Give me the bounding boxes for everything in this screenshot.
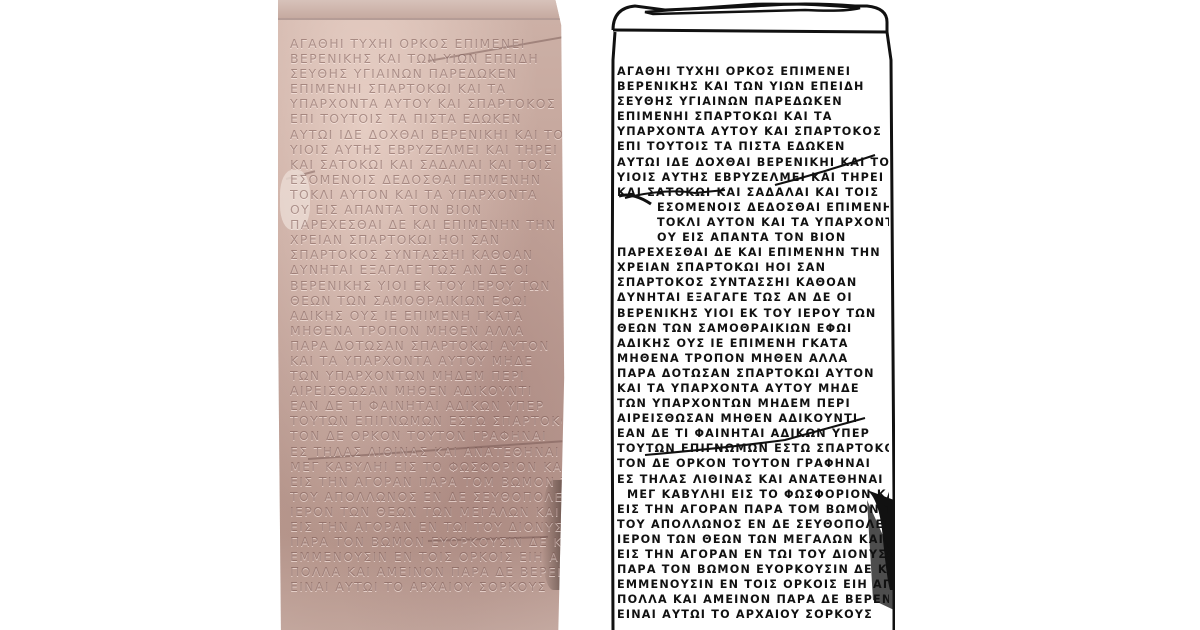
inscription-line: ΔΥΝΗΤΑΙ ΕΞΑΓΑΓΕ ΤΩΣ ΑΝ ΔΕ ΟΙ [617,290,889,305]
inscription-line: ΙΕΡΟΝ ΤΩΝ ΘΕΩΝ ΤΩΝ ΜΕΓΑΛΩΝ ΚΑΙ [617,532,889,547]
inscription-line: ΤΟΥ ΑΠΟΛΛΩΝΟΣ ΕΝ ΔΕ ΣΕΥΘΟΠΟΛΕΙ ΕΙΣ ΤΟ [617,517,889,532]
inscription-line: ΑΥΤΩΙ ΙΔΕ ΔΟΧΘΑΙ ΒΕΡΕΝΙΚΗΙ ΚΑΙ ΤΟΙΣ [290,127,562,142]
inscription-line: ΑΙΡΕΙΣΘΩΣΑΝ ΜΗΘΕΝ ΑΔΙΚΟΥΝΤΙ [290,383,562,398]
inscription-line: ΥΠΑΡΧΟΝΤΑ ΑΥΤΟΥ ΚΑΙ ΣΠΑΡΤΟΚΟΣ [617,124,889,139]
inscription-line: ΕΠΙΜΕΝΗΙ ΣΠΑΡΤΟΚΩΙ ΚΑΙ ΤΑ [290,81,562,96]
inscription-line: ΕΣ ΤΗΛΑΣ ΛΙΘΙΝΑΣ ΚΑΙ ΑΝΑΤΕΘΗΝΑΙ [290,444,562,459]
inscription-line: ΠΑΡΕΧΕΣΘΑΙ ΔΕ ΚΑΙ ΕΠΙΜΕΝΗΝ ΤΗΝ [290,217,562,232]
inscription-line: ΤΟΚΛΙ ΑΥΤΟΝ ΚΑΙ ΤΑ ΥΠΑΡΧΟΝΤΑ [290,187,562,202]
inscription-line: ΠΟΛΛΑ ΚΑΙ ΑΜΕΙΝΟΝ ΠΑΡΑ ΔΕ ΒΕΡΕΝΙΚΗΣ [617,592,889,607]
inscription-line: ΕΠΙ ΤΟΥΤΟΙΣ ΤΑ ΠΙΣΤΑ ΕΔΩΚΕΝ [290,111,562,126]
inscription-line: ΕΙΣ ΤΗΝ ΑΓΟΡΑΝ ΠΑΡΑ ΤΟΜ ΒΩΜΟΝ ΤΟΝ [290,474,562,489]
inscription-line: ΘΕΩΝ ΤΩΝ ΣΑΜΟΘΡΑΙΚΙΩΝ ΕΦΩΙ [617,321,889,336]
inscription-line: ΠΑΡΑ ΤΟΝ ΒΩΜΟΝ ΕΥΟΡΚΟΥΣΙΝ ΔΕ ΚΑΙ [617,562,889,577]
inscription-line: ΠΑΡΑ ΤΟΝ ΒΩΜΟΝ ΕΥΟΡΚΟΥΣΙΝ ΔΕ ΚΑΙ [290,534,562,549]
inscription-line: ΕΣΟΜΕΝΟΙΣ ΔΕΔΟΣΘΑΙ ΕΠΙΜΕΝΗΝ [617,200,889,215]
inscription-line: ΑΓΑΘΗΙ ΤΥΧΗΙ ΟΡΚΟΣ ΕΠΙΜΕΝΕΙ [290,36,562,51]
drawing-inscription: ΑΓΑΘΗΙ ΤΥΧΗΙ ΟΡΚΟΣ ΕΠΙΜΕΝΕΙ ΒΕΡΕΝΙΚΗΣ ΚΑ… [617,64,889,622]
inscription-line: ΕΜΜΕΝΟΥΣΙΝ ΕΝ ΤΟΙΣ ΟΡΚΟΙΣ ΕΙΗ ΑΓΑ [290,549,562,564]
inscription-line: ΣΕΥΘΗΣ ΥΓΙΑΙΝΩΝ ΠΑΡΕΔΩΚΕΝ [290,66,562,81]
inscription-line: ΣΠΑΡΤΟΚΟΣ ΣΥΝΤΑΣΣΗΙ ΚΑΘΟΑΝ [290,247,562,262]
inscription-line: ΒΕΡΕΝΙΚΗΣ ΥΙΟΙ ΕΚ ΤΟΥ ΙΕΡΟΥ ΤΩΝ [617,306,889,321]
inscription-line: ΠΟΛΛΑ ΚΑΙ ΑΜΕΙΝΟΝ ΠΑΡΑ ΔΕ ΒΕΡΕΝΙΚΗΣ [290,564,562,579]
inscription-line: ΕΠΙΜΕΝΗΙ ΣΠΑΡΤΟΚΩΙ ΚΑΙ ΤΑ [617,109,889,124]
inscription-line: ΠΑΡΑ ΔΟΤΩΣΑΝ ΣΠΑΡΤΟΚΩΙ ΑΥΤΟΝ [290,338,562,353]
inscription-line: ΥΠΑΡΧΟΝΤΑ ΑΥΤΟΥ ΚΑΙ ΣΠΑΡΤΟΚΟΣ [290,96,562,111]
inscription-line: ΚΑΙ ΣΑΤΟΚΩΙ ΚΑΙ ΣΑΔΑΛΑΙ ΚΑΙ ΤΟΙΣ [617,185,889,200]
inscription-line: ΥΙΟΙΣ ΑΥΤΗΣ ΕΒΡΥΖΕΛΜΕΙ ΚΑΙ ΤΗΡΕΙ [617,170,889,185]
inscription-line: ΑΔΙΚΗΣ ΟΥΣ ΙΕ ΕΠΙΜΕΝΗ ΓΚΑΤΑ [617,336,889,351]
inscription-line: ΚΑΙ ΤΑ ΥΠΑΡΧΟΝΤΑ ΑΥΤΟΥ ΜΗΔΕ [617,381,889,396]
inscription-line: ΤΟΚΛΙ ΑΥΤΟΝ ΚΑΙ ΤΑ ΥΠΑΡΧΟΝΤΑ [617,215,889,230]
inscription-line: ΣΕΥΘΗΣ ΥΓΙΑΙΝΩΝ ΠΑΡΕΔΩΚΕΝ [617,94,889,109]
inscription-line: ΤΟΥΤΩΝ ΕΠΙΓΝΩΜΩΝ ΕΣΤΩ ΣΠΑΡΤΟΚΟΣ [617,441,889,456]
inscription-line: ΕΜΜΕΝΟΥΣΙΝ ΕΝ ΤΟΙΣ ΟΡΚΟΙΣ ΕΙΗ ΑΓΑ [617,577,889,592]
inscription-line: ΕΠΙ ΤΟΥΤΟΙΣ ΤΑ ΠΙΣΤΑ ΕΔΩΚΕΝ [617,139,889,154]
stele-photograph: ΑΓΑΘΗΙ ΤΥΧΗΙ ΟΡΚΟΣ ΕΠΙΜΕΝΕΙ ΒΕΡΕΝΙΚΗΣ ΚΑ… [278,0,570,630]
inscription-line: ΧΡΕΙΑΝ ΣΠΑΡΤΟΚΩΙ ΗΟΙ ΣΑΝ [290,232,562,247]
inscription-line: ΕΙΣ ΤΗΝ ΑΓΟΡΑΝ ΕΝ ΤΩΙ ΤΟΥ ΔΙΟΝΥΣΟΥ [290,519,562,534]
inscription-line: ΜΕΓ ΚΑΒΥΛΗΙ ΕΙΣ ΤΟ ΦΩΣΦΟΡΙΟΝ ΚΑΙ [290,459,562,474]
inscription-line: ΑΔΙΚΗΣ ΟΥΣ ΙΕ ΕΠΙΜΕΝΗ ΓΚΑΤΑ [290,308,562,323]
inscription-line: ΜΕΓ ΚΑΒΥΛΗΙ ΕΙΣ ΤΟ ΦΩΣΦΟΡΙΟΝ ΚΑΙ [617,487,889,502]
inscription-line: ΟΥ ΕΙΣ ΑΠΑΝΤΑ ΤΟΝ ΒΙΟΝ [617,230,889,245]
inscription-line: ΕΑΝ ΔΕ ΤΙ ΦΑΙΝΗΤΑΙ ΑΔΙΚΩΝ ΥΠΕΡ [617,426,889,441]
inscription-line: ΒΕΡΕΝΙΚΗΣ ΥΙΟΙ ΕΚ ΤΟΥ ΙΕΡΟΥ ΤΩΝ [290,278,562,293]
inscription-line: ΤΟΝ ΔΕ ΟΡΚΟΝ ΤΟΥΤΟΝ ΓΡΑΦΗΝΑΙ [290,428,562,443]
stele-line-drawing: ΑΓΑΘΗΙ ΤΥΧΗΙ ΟΡΚΟΣ ΕΠΙΜΕΝΕΙ ΒΕΡΕΝΙΚΗΣ ΚΑ… [605,0,895,630]
inscription-line: ΙΕΡΟΝ ΤΩΝ ΘΕΩΝ ΤΩΝ ΜΕΓΑΛΩΝ ΚΑΙ [290,504,562,519]
inscription-line: ΔΥΝΗΤΑΙ ΕΞΑΓΑΓΕ ΤΩΣ ΑΝ ΔΕ ΟΙ [290,262,562,277]
inscription-line: ΤΟΥΤΩΝ ΕΠΙΓΝΩΜΩΝ ΕΣΤΩ ΣΠΑΡΤΟΚΟΣ [290,413,562,428]
inscription-line: ΑΓΑΘΗΙ ΤΥΧΗΙ ΟΡΚΟΣ ΕΠΙΜΕΝΕΙ [617,64,889,79]
inscription-line: ΤΟΥ ΑΠΟΛΛΩΝΟΣ ΕΝ ΔΕ ΣΕΥΘΟΠΟΛΕΙ ΕΙΣ ΤΟ [290,489,562,504]
inscription-line: ΕΙΣ ΤΗΝ ΑΓΟΡΑΝ ΕΝ ΤΩΙ ΤΟΥ ΔΙΟΝΥΣΟΥ [617,547,889,562]
inscription-line: ΠΑΡΕΧΕΣΘΑΙ ΔΕ ΚΑΙ ΕΠΙΜΕΝΗΝ ΤΗΝ [617,245,889,260]
inscription-line: ΚΑΙ ΣΑΤΟΚΩΙ ΚΑΙ ΣΑΔΑΛΑΙ ΚΑΙ ΤΟΙΣ [290,157,562,172]
inscription-line: ΧΡΕΙΑΝ ΣΠΑΡΤΟΚΩΙ ΗΟΙ ΣΑΝ [617,260,889,275]
inscription-line: ΑΙΡΕΙΣΘΩΣΑΝ ΜΗΘΕΝ ΑΔΙΚΟΥΝΤΙ [617,411,889,426]
inscription-line: ΣΠΑΡΤΟΚΟΣ ΣΥΝΤΑΣΣΗΙ ΚΑΘΟΑΝ [617,275,889,290]
inscription-line: ΕΙΝΑΙ ΑΥΤΩΙ ΤΟ ΑΡΧΑΙΟΥ ΣΟΡΚΟΥΣ [290,579,562,594]
inscription-line: ΥΙΟΙΣ ΑΥΤΗΣ ΕΒΡΥΖΕΛΜΕΙ ΚΑΙ ΤΗΡΕΙ [290,142,562,157]
inscription-line: ΠΑΡΑ ΔΟΤΩΣΑΝ ΣΠΑΡΤΟΚΩΙ ΑΥΤΟΝ [617,366,889,381]
inscription-line: ΤΩΝ ΥΠΑΡΧΟΝΤΩΝ ΜΗΔΕΜ ΠΕΡΙ [290,368,562,383]
inscription-line: ΕΣΟΜΕΝΟΙΣ ΔΕΔΟΣΘΑΙ ΕΠΙΜΕΝΗΝ [290,172,562,187]
inscription-line: ΜΗΘΕΝΑ ΤΡΟΠΟΝ ΜΗΘΕΝ ΑΛΛΑ [290,323,562,338]
inscription-line: ΟΥ ΕΙΣ ΑΠΑΝΤΑ ΤΟΝ ΒΙΟΝ [290,202,562,217]
inscription-line: ΤΩΝ ΥΠΑΡΧΟΝΤΩΝ ΜΗΔΕΜ ΠΕΡΙ [617,396,889,411]
stone-inscription: ΑΓΑΘΗΙ ΤΥΧΗΙ ΟΡΚΟΣ ΕΠΙΜΕΝΕΙ ΒΕΡΕΝΙΚΗΣ ΚΑ… [290,36,562,594]
inscription-line: ΕΣ ΤΗΛΑΣ ΛΙΘΙΝΑΣ ΚΑΙ ΑΝΑΤΕΘΗΝΑΙ [617,472,889,487]
inscription-line: ΕΑΝ ΔΕ ΤΙ ΦΑΙΝΗΤΑΙ ΑΔΙΚΩΝ ΥΠΕΡ [290,398,562,413]
inscription-line: ΜΗΘΕΝΑ ΤΡΟΠΟΝ ΜΗΘΕΝ ΑΛΛΑ [617,351,889,366]
inscription-line: ΚΑΙ ΤΑ ΥΠΑΡΧΟΝΤΑ ΑΥΤΟΥ ΜΗΔΕ [290,353,562,368]
inscription-line: ΘΕΩΝ ΤΩΝ ΣΑΜΟΘΡΑΙΚΙΩΝ ΕΦΩΙ [290,293,562,308]
inscription-line: ΒΕΡΕΝΙΚΗΣ ΚΑΙ ΤΩΝ ΥΙΩΝ ΕΠΕΙΔΗ [617,79,889,94]
inscription-line: ΒΕΡΕΝΙΚΗΣ ΚΑΙ ΤΩΝ ΥΙΩΝ ΕΠΕΙΔΗ [290,51,562,66]
inscription-line: ΕΙΝΑΙ ΑΥΤΩΙ ΤΟ ΑΡΧΑΙΟΥ ΣΟΡΚΟΥΣ [617,607,889,622]
inscription-line: ΕΙΣ ΤΗΝ ΑΓΟΡΑΝ ΠΑΡΑ ΤΟΜ ΒΩΜΟΝ ΤΟΝ [617,502,889,517]
inscription-line: ΤΟΝ ΔΕ ΟΡΚΟΝ ΤΟΥΤΟΝ ΓΡΑΦΗΝΑΙ [617,456,889,471]
inscription-line: ΑΥΤΩΙ ΙΔΕ ΔΟΧΘΑΙ ΒΕΡΕΝΙΚΗΙ ΚΑΙ ΤΟΙΣ [617,155,889,170]
